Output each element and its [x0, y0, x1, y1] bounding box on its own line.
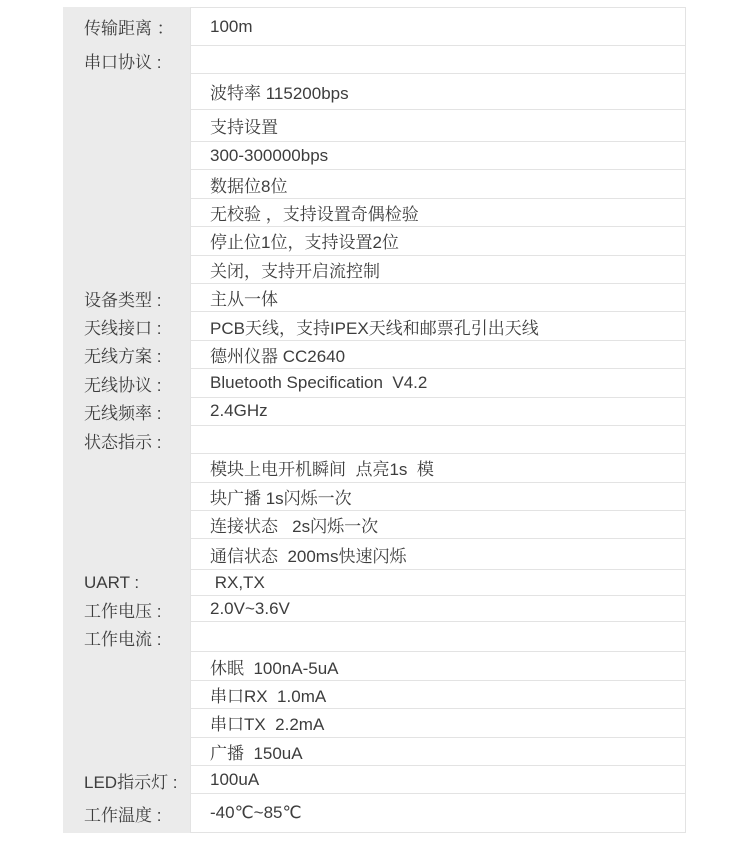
spec-label [63, 681, 190, 709]
spec-label [63, 539, 190, 570]
spec-label [63, 652, 190, 680]
table-row: 状态指示 : [63, 426, 686, 454]
spec-value: 100uA [190, 766, 686, 794]
spec-value: 块广播 1s闪烁一次 [190, 483, 686, 511]
spec-value: -40℃~85℃ [190, 794, 686, 833]
table-row: 广播 150uA [63, 738, 686, 766]
spec-value [190, 46, 686, 74]
spec-label: 天线接口 : [63, 312, 190, 340]
spec-value: 主从一体 [190, 284, 686, 312]
spec-value: 串口RX 1.0mA [190, 681, 686, 709]
table-row: 串口TX 2.2mA [63, 709, 686, 737]
table-row: 工作电压 : 2.0V~3.6V [63, 596, 686, 622]
spec-label: 无线方案 : [63, 341, 190, 369]
table-row: 关闭，支持开启流控制 [63, 256, 686, 284]
spec-label [63, 454, 190, 482]
spec-label: UART : [63, 570, 190, 596]
spec-value: PCB天线，支持IPEX天线和邮票孔引出天线 [190, 312, 686, 340]
spec-value: 2.4GHz [190, 398, 686, 426]
spec-value: 300-300000bps [190, 142, 686, 170]
spec-value: 串口TX 2.2mA [190, 709, 686, 737]
spec-label [63, 170, 190, 198]
spec-label: 无线协议 : [63, 369, 190, 397]
spec-label: 工作温度 : [63, 794, 190, 833]
table-row: 串口RX 1.0mA [63, 681, 686, 709]
spec-value: 数据位8位 [190, 170, 686, 198]
spec-label: 工作电压 : [63, 596, 190, 622]
table-row: 停止位1位，支持设置2位 [63, 227, 686, 255]
table-row: 串口协议 : [63, 46, 686, 74]
table-row: 波特率 115200bps [63, 74, 686, 110]
spec-label [63, 74, 190, 110]
spec-label [63, 738, 190, 766]
spec-value: Bluetooth Specification V4.2 [190, 369, 686, 397]
spec-value: 停止位1位，支持设置2位 [190, 227, 686, 255]
spec-table: 传输距离 ： 100m 串口协议 : 波特率 115200bps 支持设置 30… [63, 7, 686, 833]
table-row: 数据位8位 [63, 170, 686, 198]
spec-value: 连接状态 2s闪烁一次 [190, 511, 686, 539]
table-row: 无线协议 : Bluetooth Specification V4.2 [63, 369, 686, 397]
table-row: 连接状态 2s闪烁一次 [63, 511, 686, 539]
table-row: 无校验 ，支持设置奇偶检验 [63, 199, 686, 227]
spec-label [63, 483, 190, 511]
spec-label: 工作电流 : [63, 622, 190, 652]
spec-value: RX,TX [190, 570, 686, 596]
table-row: 传输距离 ： 100m [63, 7, 686, 46]
spec-value: 100m [190, 7, 686, 46]
spec-value [190, 426, 686, 454]
spec-value: 通信状态 200ms快速闪烁 [190, 539, 686, 570]
spec-label [63, 110, 190, 142]
spec-label [63, 709, 190, 737]
table-row: 通信状态 200ms快速闪烁 [63, 539, 686, 570]
spec-value: 关闭，支持开启流控制 [190, 256, 686, 284]
table-row: 无线频率 : 2.4GHz [63, 398, 686, 426]
table-row: 300-300000bps [63, 142, 686, 170]
spec-value: 2.0V~3.6V [190, 596, 686, 622]
table-row: UART : RX,TX [63, 570, 686, 596]
spec-label: 无线频率 : [63, 398, 190, 426]
spec-value [190, 622, 686, 652]
spec-label [63, 511, 190, 539]
spec-value: 模块上电开机瞬间 点亮1s 模 [190, 454, 686, 482]
spec-value: 休眠 100nA-5uA [190, 652, 686, 680]
spec-value: 支持设置 [190, 110, 686, 142]
table-row: 块广播 1s闪烁一次 [63, 483, 686, 511]
table-row: 天线接口 : PCB天线，支持IPEX天线和邮票孔引出天线 [63, 312, 686, 340]
table-row: LED指示灯 : 100uA [63, 766, 686, 794]
spec-value: 德州仪器 CC2640 [190, 341, 686, 369]
table-row: 设备类型 : 主从一体 [63, 284, 686, 312]
spec-label: LED指示灯 : [63, 766, 190, 794]
table-row: 模块上电开机瞬间 点亮1s 模 [63, 454, 686, 482]
spec-label: 状态指示 : [63, 426, 190, 454]
spec-label [63, 256, 190, 284]
spec-label [63, 142, 190, 170]
spec-label [63, 199, 190, 227]
spec-value: 广播 150uA [190, 738, 686, 766]
spec-value: 无校验 ，支持设置奇偶检验 [190, 199, 686, 227]
spec-label: 传输距离 ： [63, 7, 190, 46]
table-row: 无线方案 : 德州仪器 CC2640 [63, 341, 686, 369]
spec-label [63, 227, 190, 255]
spec-label: 串口协议 : [63, 46, 190, 74]
table-row: 休眠 100nA-5uA [63, 652, 686, 680]
table-row: 工作温度 : -40℃~85℃ [63, 794, 686, 833]
spec-label: 设备类型 : [63, 284, 190, 312]
spec-value: 波特率 115200bps [190, 74, 686, 110]
table-row: 工作电流 : [63, 622, 686, 652]
table-row: 支持设置 [63, 110, 686, 142]
